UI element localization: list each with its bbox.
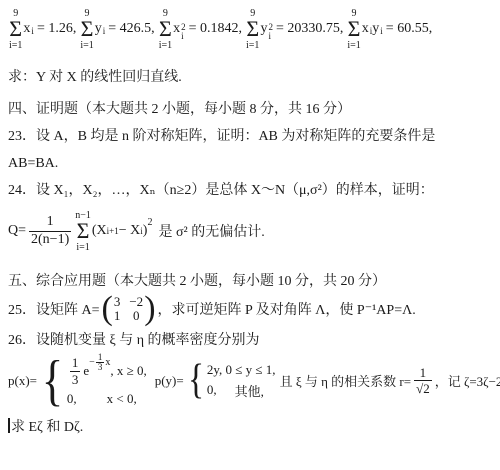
var-letter: x	[173, 21, 180, 37]
question-25-pre: 25．设矩阵 A=	[8, 299, 100, 319]
math-variable: yi	[95, 21, 106, 37]
math-variable: x2i	[173, 20, 186, 40]
math-variable: xi	[362, 21, 373, 37]
matrix-entries: 3 −2 1 0	[114, 295, 143, 324]
sigma-icon: Σ	[77, 221, 90, 242]
px-lhs: p(x)=	[8, 373, 37, 389]
sum-value: = 60.55,	[386, 21, 432, 37]
sum-lower-limit: i=1	[80, 40, 93, 51]
var-letter: x	[23, 21, 30, 37]
subscript: i+1	[107, 226, 119, 236]
sum-value: = 20330.75,	[276, 21, 343, 37]
piecewise-row: 0, 其他,	[207, 381, 276, 400]
question-23-line2: AB=BA.	[8, 156, 494, 172]
exponent: − 1 3 x	[89, 353, 110, 373]
left-brace: {	[188, 362, 204, 400]
matrix-entry: 1	[114, 309, 121, 323]
question-23-line1: 23．设 A，B 均是 n 阶对称矩阵，证明：AB 为对称矩阵的充要条件是	[8, 125, 494, 145]
var-scripts: 2i	[181, 23, 186, 43]
sum-value: = 1.26,	[37, 21, 76, 37]
var-letter: y	[95, 21, 102, 37]
question-26-intro: 26．设随机变量 ξ 与 η 的概率密度分别为	[8, 329, 494, 349]
fraction-denominator: 3	[70, 371, 81, 388]
exam-document-page: 9 Σ i=1 xi = 1.26, 9 Σ i=1 yi = 426.5, 9…	[0, 0, 500, 470]
question-26-final: 求 Eζ 和 Dζ.	[8, 416, 494, 436]
sum-term-xi2: 9 Σ i=1 x2i = 0.1842,	[158, 8, 242, 51]
sum-value: = 0.1842,	[189, 21, 242, 37]
fraction: 1 2(n−1)	[29, 214, 71, 249]
correlation-post: ，记 ζ=3ζ−2η，	[435, 371, 500, 390]
var-sub: i	[370, 27, 373, 37]
fraction-denominator: √2	[414, 380, 432, 397]
fraction-numerator: 1	[47, 214, 54, 231]
var-sub: i	[380, 27, 383, 37]
matrix-A: ( 3 −2 1 0 )	[102, 294, 156, 325]
fraction-denominator: 2(n−1)	[29, 231, 71, 249]
var-scripts: 2i	[268, 23, 273, 43]
sum-lower-limit: i=1	[246, 40, 259, 51]
branch-value: 0,	[207, 382, 217, 398]
fraction-numerator: 1	[72, 355, 79, 371]
matrix-entry: 0	[129, 309, 143, 323]
branch-value: 0,	[67, 391, 77, 407]
sigma-icon: Σ	[9, 19, 22, 40]
piecewise-px: { 1 3 e − 1 3 x ,	[37, 355, 147, 406]
var-scripts: i	[31, 27, 34, 37]
sum-term-xi: 9 Σ i=1 xi = 1.26,	[8, 8, 76, 51]
var-sub: i	[181, 32, 184, 42]
sum-value: = 426.5,	[108, 21, 154, 37]
section-heading-application: 五、综合应用题（本大题共 2 小题，每小题 10 分，共 20 分）	[8, 270, 494, 290]
var-scripts: i	[103, 27, 106, 37]
sum-term-yi: 9 Σ i=1 yi = 426.5,	[79, 8, 154, 51]
formula-body-mid: − X	[119, 223, 141, 239]
var-scripts: i	[380, 27, 383, 37]
left-paren: (	[102, 294, 113, 325]
right-paren: )	[144, 294, 155, 325]
sigma-icon: Σ	[81, 19, 94, 40]
formula-lhs: Q=	[8, 223, 26, 239]
left-brace: {	[42, 356, 64, 406]
correlation-pre: 且 ξ 与 η 的相关系数 r=	[280, 371, 412, 390]
var-sub: i	[31, 27, 34, 37]
math-variable: y2i	[260, 20, 273, 40]
sum-term-xiyi: 9 Σ i=1 xi yi = 60.55,	[346, 8, 432, 51]
formula-tail: 是 σ² 的无偏估计.	[158, 221, 264, 241]
matrix-entry: 3	[114, 295, 121, 309]
sum-statistics-line: 9 Σ i=1 xi = 1.26, 9 Σ i=1 yi = 426.5, 9…	[8, 8, 494, 51]
sigma-notation: n−1 Σ i=1	[75, 210, 91, 253]
math-variable: xi	[23, 21, 34, 37]
var-letter: x	[362, 21, 369, 37]
var-letter: y	[260, 21, 267, 37]
section-heading-proof: 四、证明题（本大题共 2 小题，每小题 8 分，共 16 分）	[8, 98, 494, 118]
sum-lower-limit: i=1	[9, 40, 22, 51]
fraction-denominator: 3	[96, 362, 105, 372]
fraction: 1 3	[70, 355, 81, 387]
sigma-notation: 9 Σ i=1	[159, 8, 172, 51]
sum-lower-limit: i=1	[76, 242, 89, 253]
sigma-notation: 9 Σ i=1	[9, 8, 22, 51]
sum-lower-limit: i=1	[159, 40, 172, 51]
py-lhs: p(y)=	[155, 373, 184, 389]
sigma-icon: Σ	[159, 19, 172, 40]
sum-term-yi2: 9 Σ i=1 y2i = 20330.75,	[245, 8, 343, 51]
var-letter: y	[372, 21, 379, 37]
question-25: 25．设矩阵 A= ( 3 −2 1 0 ) ，求可逆矩阵 P 及对角阵 Λ，使…	[8, 294, 494, 325]
fraction-numerator: 1	[98, 353, 103, 362]
text-cursor	[8, 418, 10, 433]
math-variable: yi	[372, 21, 383, 37]
sigma-icon: Σ	[246, 19, 259, 40]
sigma-notation: 9 Σ i=1	[246, 8, 259, 51]
question-24-formula: Q= 1 2(n−1) n−1 Σ i=1 (Xi+1 − Xi ) 2 是 σ…	[8, 210, 494, 253]
task-statement: 求：Y 对 X 的线性回归直线.	[8, 66, 494, 86]
question-25-post: ，求可逆矩阵 P 及对角阵 Λ，使 P⁻¹AP=Λ.	[158, 299, 416, 319]
piecewise-py: { 2y, 0 ≤ y ≤ 1, 0, 其他,	[184, 362, 276, 400]
matrix-entry: −2	[129, 295, 143, 309]
condition: , x ≥ 0,	[110, 363, 146, 379]
piecewise-rows: 2y, 0 ≤ y ≤ 1, 0, 其他,	[207, 362, 276, 400]
condition: 其他,	[235, 381, 264, 400]
piecewise-rows: 1 3 e − 1 3 x , x ≥ 0, 0,	[67, 355, 147, 406]
exponent-minus: −	[89, 357, 95, 368]
question-26-densities: p(x)= { 1 3 e − 1 3 x	[8, 355, 494, 406]
sigma-notation: 9 Σ i=1	[347, 8, 360, 51]
superscript: 2	[147, 217, 152, 228]
sum-lower-limit: i=1	[347, 40, 360, 51]
sigma-notation: 9 Σ i=1	[80, 8, 93, 51]
fraction-numerator: 1	[420, 365, 427, 381]
formula-body-open: (X	[92, 223, 107, 239]
piecewise-row: 1 3 e − 1 3 x , x ≥ 0,	[67, 355, 147, 387]
exponent-variable: x	[105, 357, 110, 368]
correlation-fraction: 1 √2	[414, 365, 432, 397]
final-request: 求 Eζ 和 Dζ.	[11, 420, 83, 435]
var-sub: i	[103, 27, 106, 37]
piecewise-row: 2y, 0 ≤ y ≤ 1,	[207, 362, 276, 378]
var-sub: i	[268, 32, 271, 42]
piecewise-row: 0, x < 0,	[67, 391, 147, 407]
question-24-intro: 24．设 X₁，X₂，…，Xₙ（n≥2）是总体 X～N（μ,σ²）的样本，证明：	[8, 179, 494, 199]
condition: x < 0,	[107, 391, 137, 407]
sigma-icon: Σ	[348, 19, 361, 40]
var-scripts: i	[370, 27, 373, 37]
exponent-fraction: 1 3	[96, 353, 105, 373]
